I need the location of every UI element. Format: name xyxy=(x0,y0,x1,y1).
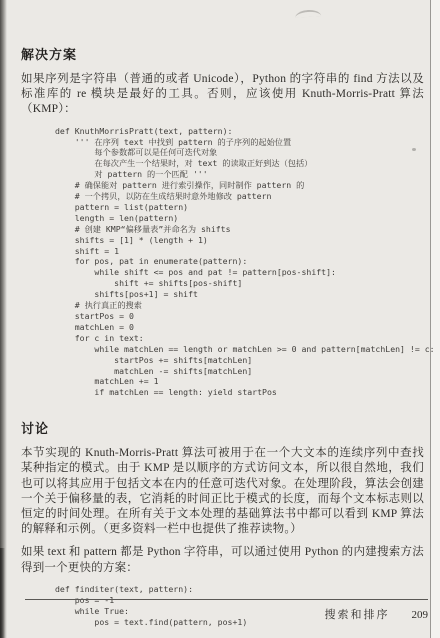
page-left-scan-shadow xyxy=(0,0,7,638)
discussion-paragraph: 本节实现的 Knuth-Morris-Pratt 算法可被用于在一个大文本的连续… xyxy=(21,446,424,537)
footer-page-number: 209 xyxy=(412,609,429,621)
kmp-code-block: def KnuthMorrisPratt(text, pattern): '''… xyxy=(55,126,424,399)
page-left-bottom-shadow xyxy=(0,548,5,638)
finditer-intro-paragraph: 如果 text 和 pattern 都是 Python 字符串，可以通过使用 P… xyxy=(21,545,424,575)
footer-text-line: 搜索和排序 209 xyxy=(25,606,428,622)
page-content: 解决方案 如果序列是字符串（普通的或者 Unicode），Python 的字符串… xyxy=(21,0,424,628)
book-page: 解决方案 如果序列是字符串（普通的或者 Unicode），Python 的字符串… xyxy=(0,0,440,638)
page-right-paper-edge xyxy=(431,0,440,638)
footer-chapter-title: 搜索和排序 xyxy=(325,606,390,622)
page-footer: 搜索和排序 209 xyxy=(25,599,428,622)
footer-rule xyxy=(25,599,428,600)
solution-section-heading: 解决方案 xyxy=(21,0,424,63)
intro-paragraph: 如果序列是字符串（普通的或者 Unicode），Python 的字符串的 fin… xyxy=(21,72,424,118)
page-right-edge-line xyxy=(430,0,431,638)
discussion-section-heading: 讨论 xyxy=(21,408,424,437)
